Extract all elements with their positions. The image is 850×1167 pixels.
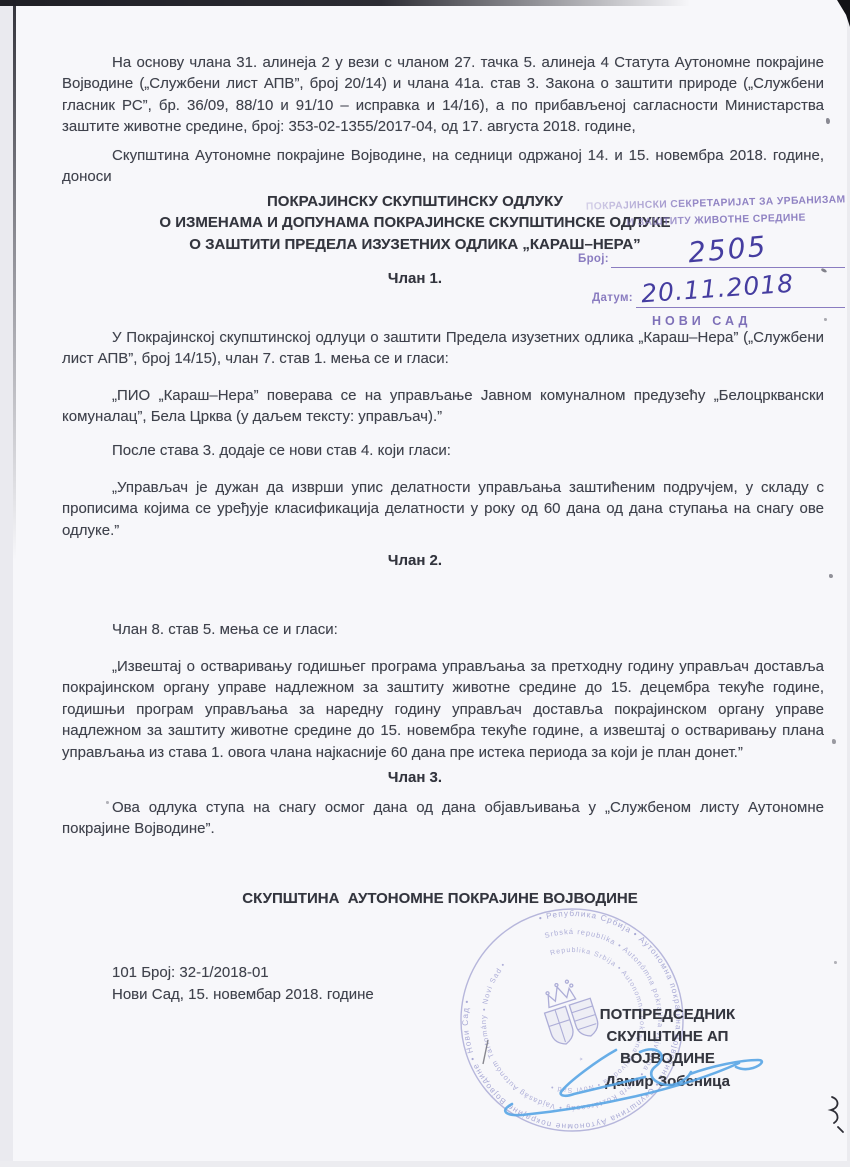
ink-speck <box>829 574 833 578</box>
scan-gutter-left <box>0 0 13 1167</box>
scan-edge-left <box>13 0 16 700</box>
signature-stroke <box>505 1063 739 1115</box>
registry-stamp-number-line <box>611 267 845 268</box>
intro-paragraph-2: Скупштина Аутономне покрајине Војводине,… <box>62 145 824 188</box>
registry-stamp-city: НОВИ САД <box>652 314 751 328</box>
article-2-paragraph-1: Члан 8. став 5. мења се и гласи: <box>62 619 824 640</box>
article-1-paragraph-2: „ПИО „Караш–Нера” поверава се на управља… <box>62 385 824 428</box>
decision-title-line-3: О ЗАШТИТИ ПРЕДЕЛА ИЗУЗЕТНИХ ОДЛИКА „КАРА… <box>60 234 770 255</box>
article-2-heading: Члан 2. <box>60 550 770 571</box>
scan-edge-top <box>0 0 690 6</box>
signature-stroke <box>640 1049 691 1085</box>
scan-gutter-bottom <box>0 1161 850 1167</box>
article-1-paragraph-4: „Управљач је дужан да изврши упис делатн… <box>62 477 824 541</box>
ink-speck <box>821 268 828 273</box>
pen-tick-mark <box>483 1040 488 1064</box>
ink-speck <box>824 318 827 321</box>
squiggle-stroke <box>838 1127 843 1132</box>
signature-stroke <box>690 1060 762 1074</box>
reference-number: 101 Број: 32-1/2018-01 <box>112 962 374 984</box>
ink-speck <box>834 961 837 964</box>
registry-stamp-office-name: ПОКРАЈИНСКИ СЕКРЕТАРИЈАТ ЗА УРБАНИЗАМ И … <box>585 192 848 232</box>
squiggle-stroke <box>831 1097 838 1123</box>
article-3-heading: Члан 3. <box>60 767 770 788</box>
place-and-date: Нови Сад, 15. новембар 2018. године <box>112 984 374 1006</box>
scanned-page: На основу члана 31. алинеја 2 у вези с ч… <box>0 0 850 1167</box>
registry-stamp-date-label: Датум: <box>592 292 633 304</box>
signature-autograph <box>440 1020 790 1135</box>
article-3-paragraph-1: Ова одлука ступа на снагу осмог дана од … <box>62 797 824 840</box>
registry-stamp-number-label: Број: <box>578 253 609 265</box>
reference-block: 101 Број: 32-1/2018-01 Нови Сад, 15. нов… <box>112 962 374 1006</box>
ink-speck <box>832 739 836 744</box>
pen-squiggle-mark <box>826 1094 850 1138</box>
intro-paragraph-1: На основу члана 31. алинеја 2 у вези с ч… <box>62 52 824 138</box>
article-1-paragraph-3: После става 3. додаје се нови став 4. ко… <box>62 440 824 461</box>
registry-stamp-date-line <box>636 307 845 308</box>
registry-stamp-number-handwritten: 2505 <box>687 230 769 270</box>
article-2-paragraph-2: „Извештај о остваривању годишњег програм… <box>62 656 824 763</box>
article-1-paragraph-1: У Покрајинској скупштинској одлуци о заш… <box>62 327 824 370</box>
ink-speck <box>826 118 830 124</box>
signature-stroke <box>561 1050 645 1096</box>
